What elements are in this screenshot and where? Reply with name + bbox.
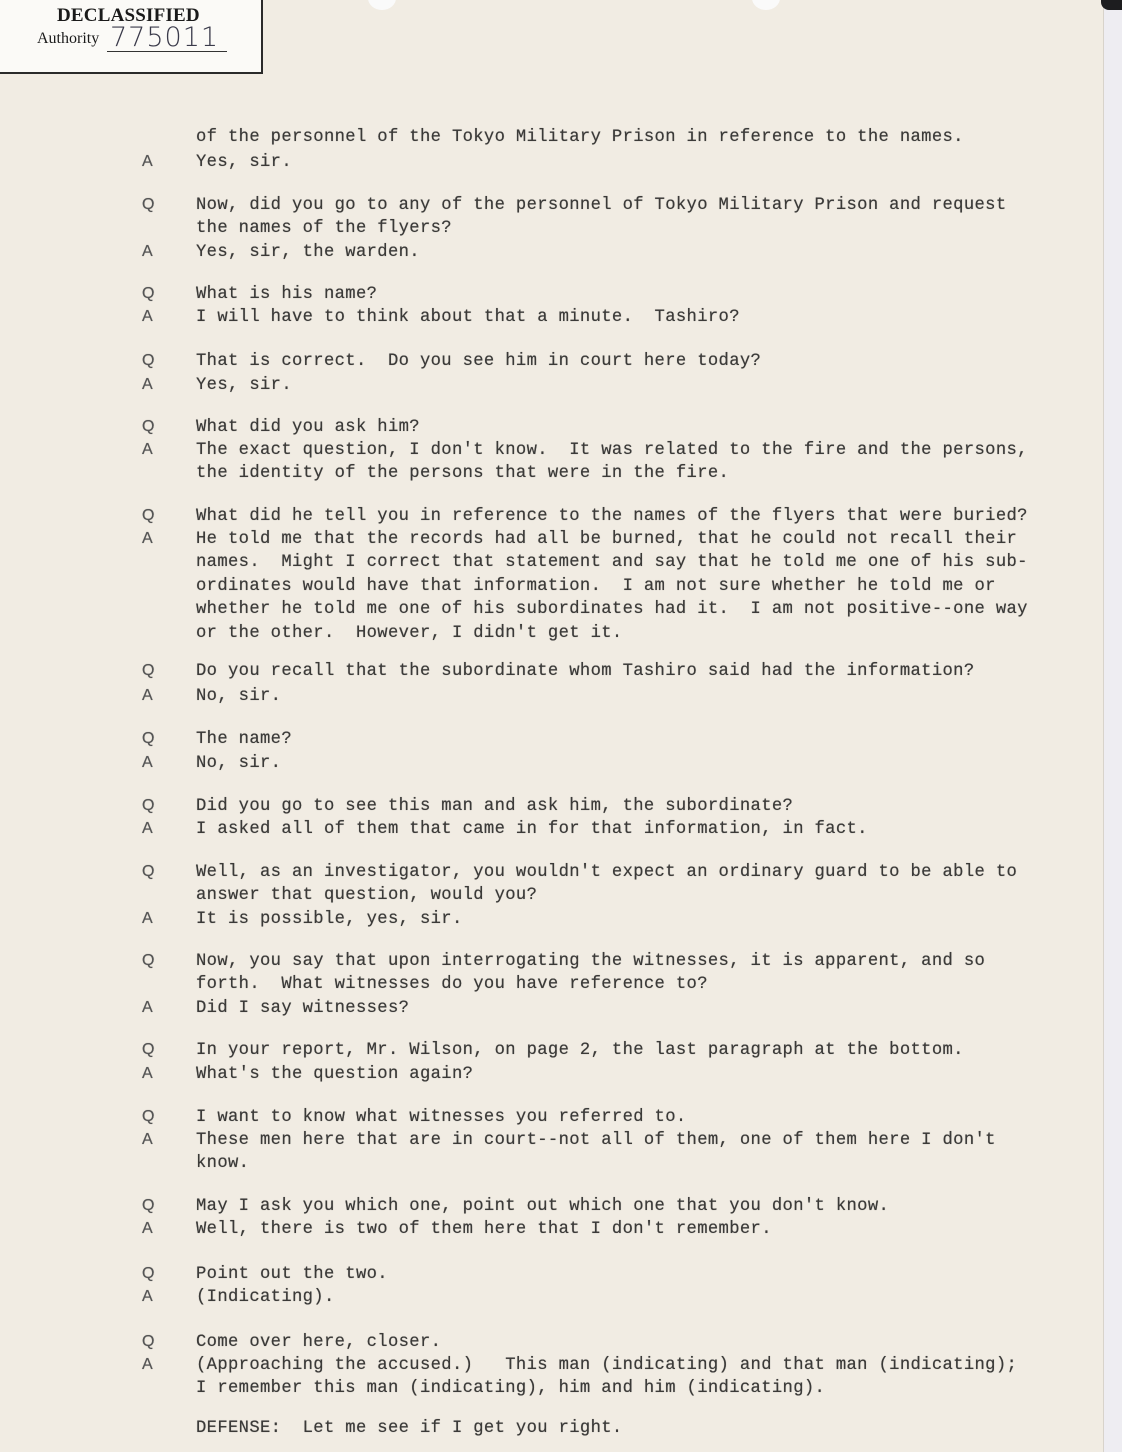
speaker-label: A — [142, 1065, 153, 1083]
speaker-label: Q — [142, 1333, 155, 1351]
transcript-line: May I ask you which one, point out which… — [196, 1197, 889, 1216]
transcript-line: Now, you say that upon interrogating the… — [196, 952, 985, 971]
transcript-line: or the other. However, I didn't get it. — [196, 624, 623, 643]
speaker-label: A — [142, 687, 153, 705]
speaker-label: A — [142, 530, 153, 548]
transcript-line: Do you recall that the subordinate whom … — [196, 662, 974, 681]
transcript-line: No, sir. — [196, 754, 281, 773]
speaker-label: A — [142, 243, 153, 261]
speaker-label: A — [142, 754, 153, 772]
speaker-label: A — [142, 441, 153, 459]
speaker-label: Q — [142, 1108, 155, 1126]
speaker-label: Q — [142, 662, 155, 680]
transcript-line: the names of the flyers? — [196, 219, 452, 238]
speaker-label: A — [142, 1220, 153, 1238]
transcript-line: Did you go to see this man and ask him, … — [196, 797, 793, 816]
speaker-label: Q — [142, 952, 155, 970]
speaker-label: Q — [142, 285, 155, 303]
page-edge — [1103, 0, 1122, 1452]
speaker-label: Q — [142, 196, 155, 214]
speaker-label: A — [142, 999, 153, 1017]
transcript-line: Yes, sir. — [196, 376, 292, 395]
transcript-line: of the personnel of the Tokyo Military P… — [196, 128, 964, 147]
transcript-line: No, sir. — [196, 687, 281, 706]
stamp-authority-number: 775011 — [110, 22, 219, 53]
transcript-line: forth. What witnesses do you have refere… — [196, 975, 708, 994]
transcript-line: names. Might I correct that statement an… — [196, 553, 1028, 572]
transcript-line: What's the question again? — [196, 1065, 473, 1084]
speaker-label: A — [142, 153, 153, 171]
speaker-label: Q — [142, 730, 155, 748]
transcript-line: answer that question, would you? — [196, 886, 537, 905]
transcript-line: I want to know what witnesses you referr… — [196, 1108, 687, 1127]
transcript-line: What is his name? — [196, 285, 377, 304]
speaker-label: A — [142, 308, 153, 326]
speaker-label: Q — [142, 418, 155, 436]
declassified-stamp: DECLASSIFIED Authority 775011 — [0, 0, 263, 74]
transcript-line: The exact question, I don't know. It was… — [196, 441, 1028, 460]
speaker-label: Q — [142, 352, 155, 370]
speaker-label: A — [142, 1288, 153, 1306]
scan-corner — [1101, 0, 1122, 10]
transcript-line: I asked all of them that came in for tha… — [196, 820, 868, 839]
stamp-authority-label: Authority — [37, 30, 99, 48]
transcript-line: I remember this man (indicating), him an… — [196, 1379, 825, 1398]
speaker-label: A — [142, 910, 153, 928]
transcript-line: ordinates would have that information. I… — [196, 577, 996, 596]
speaker-label: A — [142, 1131, 153, 1149]
speaker-label: Q — [142, 507, 155, 525]
transcript-line: Did I say witnesses? — [196, 999, 409, 1018]
transcript-line: Now, did you go to any of the personnel … — [196, 196, 1006, 215]
transcript-line: Well, there is two of them here that I d… — [196, 1220, 772, 1239]
speaker-label: Q — [142, 1041, 155, 1059]
transcript-line: The name? — [196, 730, 292, 749]
transcript-line: (Approaching the accused.) This man (ind… — [196, 1356, 1017, 1375]
speaker-label: Q — [142, 1197, 155, 1215]
transcript-line: DEFENSE: Let me see if I get you right. — [196, 1419, 623, 1438]
speaker-label: Q — [142, 863, 155, 881]
speaker-label: A — [142, 376, 153, 394]
transcript-line: know. — [196, 1154, 249, 1173]
transcript-line: He told me that the records had all be b… — [196, 530, 1017, 549]
speaker-label: Q — [142, 797, 155, 815]
transcript-line: whether he told me one of his subordinat… — [196, 600, 1028, 619]
transcript-line: Point out the two. — [196, 1265, 388, 1284]
transcript-line: Come over here, closer. — [196, 1333, 441, 1352]
transcript-line: In your report, Mr. Wilson, on page 2, t… — [196, 1041, 964, 1060]
transcript-line: (Indicating). — [196, 1288, 335, 1307]
transcript-line: I will have to think about that a minute… — [196, 308, 740, 327]
speaker-label: A — [142, 820, 153, 838]
speaker-label: A — [142, 1356, 153, 1374]
signature-line — [107, 51, 227, 52]
transcript-line: the identity of the persons that were in… — [196, 464, 729, 483]
transcript-line: Yes, sir, the warden. — [196, 243, 420, 262]
transcript-line: These men here that are in court--not al… — [196, 1131, 996, 1150]
transcript-line: Yes, sir. — [196, 153, 292, 172]
transcript-line: What did you ask him? — [196, 418, 420, 437]
transcript-line: Well, as an investigator, you wouldn't e… — [196, 863, 1017, 882]
transcript-line: It is possible, yes, sir. — [196, 910, 463, 929]
transcript-line: What did he tell you in reference to the… — [196, 507, 1028, 526]
speaker-label: Q — [142, 1265, 155, 1283]
transcript-line: That is correct. Do you see him in court… — [196, 352, 761, 371]
